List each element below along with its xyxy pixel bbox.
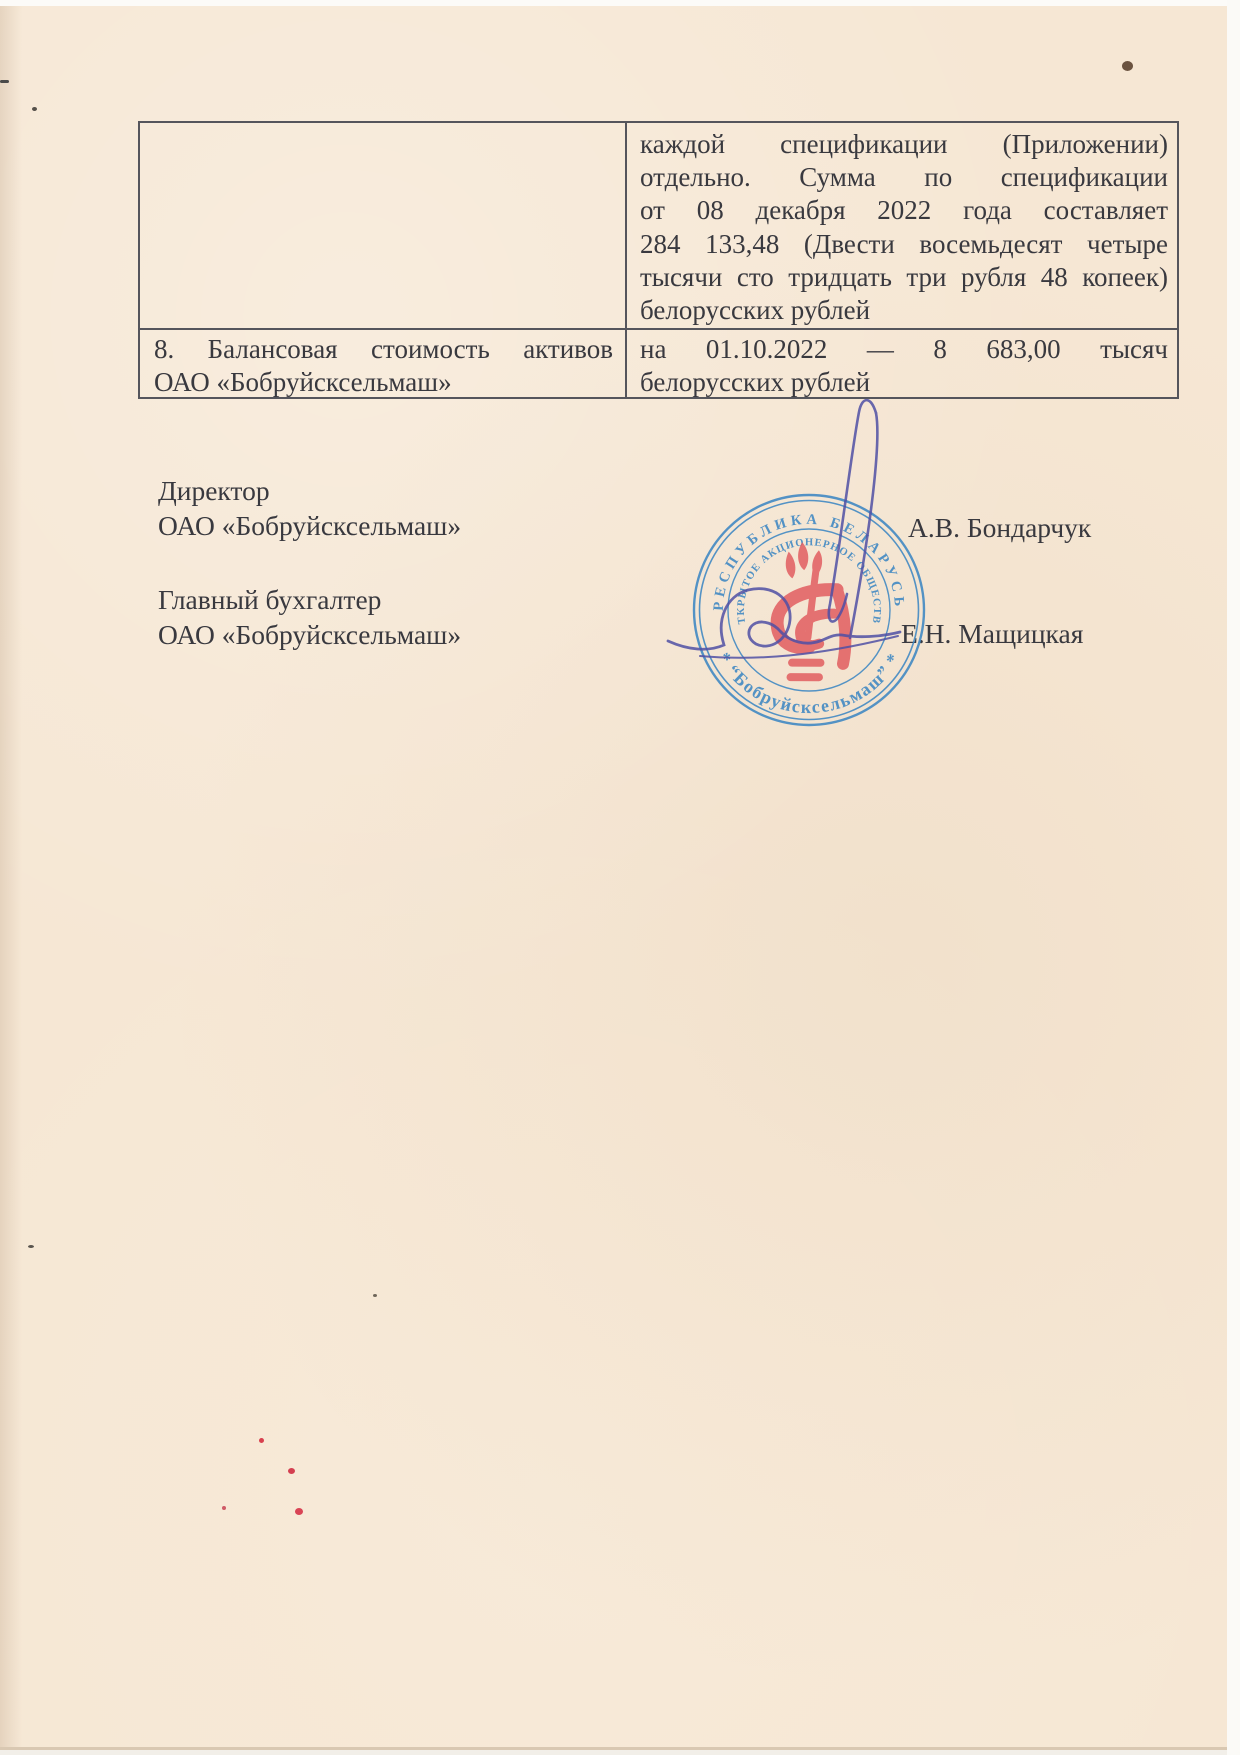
table-cell-row2-label: 8. Балансовая стоимость активов ОАО «Боб… (140, 330, 625, 397)
table-text-line: 8. Балансовая стоимость активов (154, 333, 613, 366)
scan-speck (295, 1508, 303, 1515)
table-text-line: белорусских рублей (640, 294, 1168, 327)
table-text-line: ОАО «Бобруйсксельмаш» (154, 366, 613, 397)
table-text-line: от 08 декабря 2022 года составляет (640, 194, 1168, 227)
signature-block: Директор ОАО «Бобруйсксельмаш» Главный б… (158, 474, 461, 652)
table-text-line: отдельно. Сумма по спецификации (640, 161, 1168, 194)
signatory-role: Директор (158, 474, 461, 509)
scan-speck (0, 80, 9, 83)
scan-speck (288, 1468, 295, 1474)
pen-signature (640, 380, 950, 680)
signatory-org: ОАО «Бобруйсксельмаш» (158, 618, 461, 653)
scan-speck (373, 1294, 377, 1297)
scanned-document-page: каждой спецификации (Приложении) отдельн… (0, 0, 1240, 1755)
table-cell-row1-label (140, 123, 625, 328)
signatory-org: ОАО «Бобруйсксельмаш» (158, 509, 461, 544)
document-table: каждой спецификации (Приложении) отдельн… (138, 121, 1179, 399)
scan-speck (222, 1506, 226, 1510)
scan-speck (259, 1438, 264, 1443)
table-text-line: 284 133,48 (Двести восемьдесят четыре (640, 228, 1168, 261)
scan-edge-bottom (0, 1750, 1227, 1755)
scan-speck (28, 1245, 34, 1248)
signatory-role: Главный бухгалтер (158, 583, 461, 618)
scan-edge-top (0, 0, 1240, 6)
scan-speck (1122, 61, 1133, 71)
scan-edge-shade (0, 0, 22, 1755)
table-text-line: тысячи сто тридцать три рубля 48 копеек) (640, 261, 1168, 294)
table-text-line: на 01.10.2022 — 8 683,00 тысяч (640, 333, 1168, 366)
scan-edge-right (1227, 0, 1240, 1755)
table-cell-row1-value: каждой спецификации (Приложении) отдельн… (627, 123, 1177, 328)
table-text-line: каждой спецификации (Приложении) (640, 128, 1168, 161)
scan-speck (32, 107, 37, 111)
